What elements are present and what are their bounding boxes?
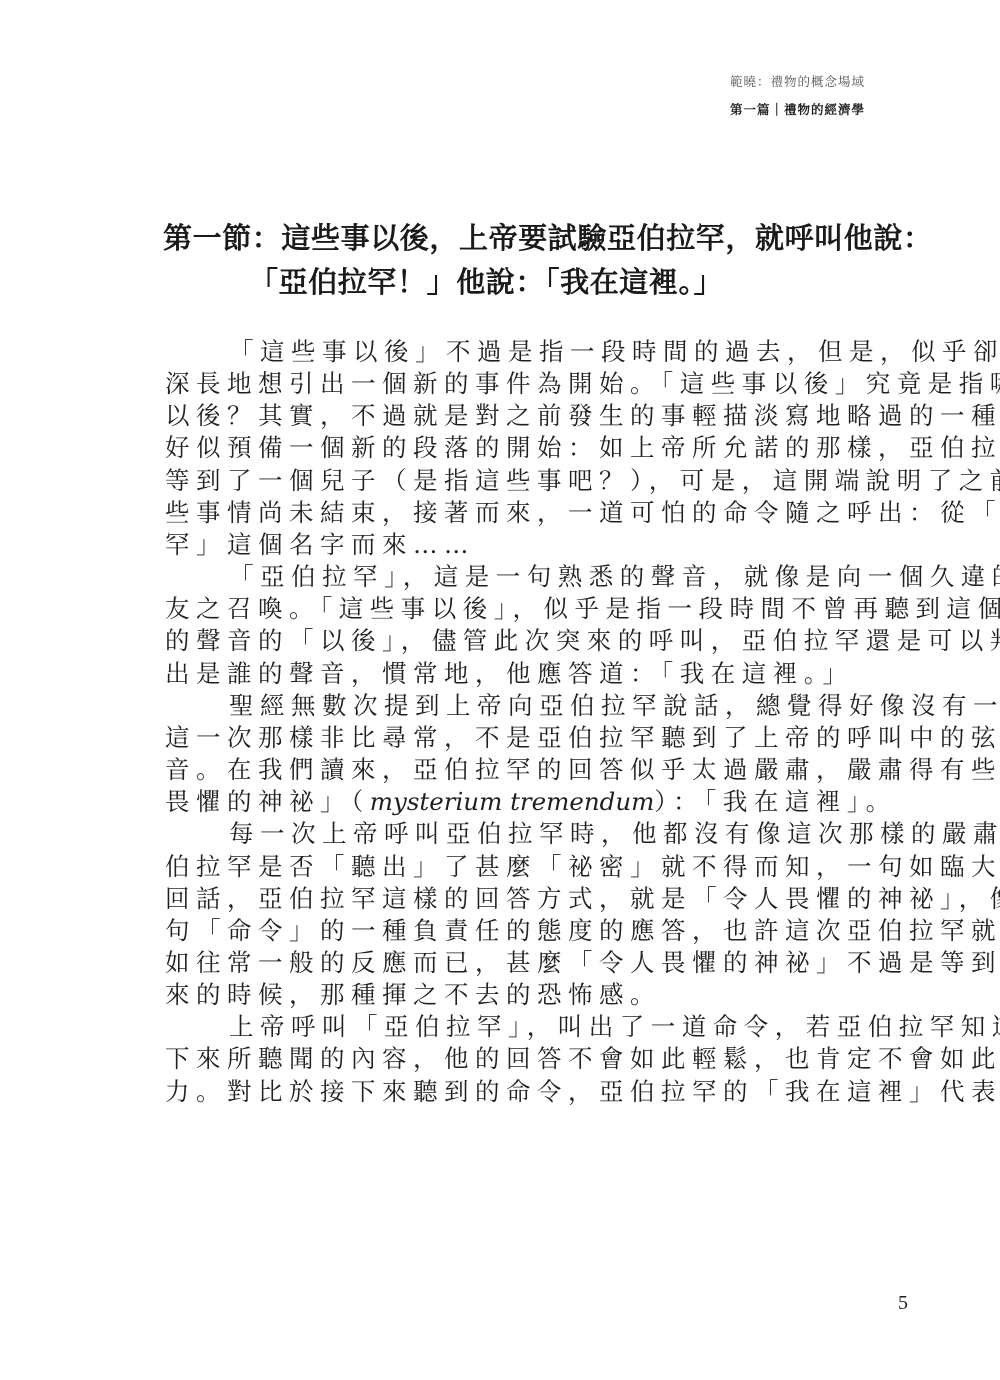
text-line: 聖經無數次提到上帝向亞伯拉罕說話，總覺得好像沒有一次像	[165, 690, 867, 722]
text-line: 上帝呼叫「亞伯拉罕」，叫出了一道命令，若亞伯拉罕知道接	[165, 1011, 867, 1043]
text-line: 「這些事以後」不過是指一段時間的過去，但是，似乎卻意味	[165, 336, 867, 368]
text-line: 等到了一個兒子（是指這些事吧？），可是，這開端說明了之前的那	[165, 465, 867, 497]
text-line: 「亞伯拉罕」，這是一句熟悉的聲音，就像是向一個久違的朋	[165, 561, 867, 593]
text-line: 伯拉罕是否「聽出」了甚麼「祕密」就不得而知，一句如臨大敵般的	[165, 851, 867, 883]
text-line: 這一次那樣非比尋常，不是亞伯拉罕聽到了上帝的呼叫中的弦外之	[165, 722, 867, 754]
text-line: 罕」這個名字而來……	[165, 529, 867, 561]
text-line: 畏懼的神祕」（mysterium tremendum）：「我在這裡」。	[165, 786, 867, 818]
text-line: 出是誰的聲音，慣常地，他應答道：「我在這裡。」	[165, 658, 867, 690]
text-line: 友之召喚。「這些事以後」，似乎是指一段時間不曾再聽到這個熟悉	[165, 593, 867, 625]
latin-term: mysterium tremendum	[370, 787, 655, 816]
book-title: 範曉：禮物的概念場域	[730, 72, 865, 94]
text-fragment: ）：「我在這裡」。	[654, 787, 896, 816]
text-line: 力。對比於接下來聽到的命令，亞伯拉罕的「我在這裡」代表了他的	[165, 1076, 867, 1108]
text-line: 深長地想引出一個新的事件為開始。「這些事以後」究竟是指哪些事	[165, 368, 867, 400]
paragraph-3: 聖經無數次提到上帝向亞伯拉罕說話，總覺得好像沒有一次像 這一次那樣非比尋常，不是…	[165, 690, 867, 819]
text-line: 每一次上帝呼叫亞伯拉罕時，他都沒有像這次那樣的嚴肅，亞	[165, 818, 867, 850]
section-heading-line-1: 第一節：這些事以後，上帝要試驗亞伯拉罕，就呼叫他說：	[163, 216, 875, 260]
text-line: 以後？其實，不過就是對之前發生的事輕描淡寫地略過的一種方式，	[165, 400, 867, 432]
paragraph-5: 上帝呼叫「亞伯拉罕」，叫出了一道命令，若亞伯拉罕知道接 下來所聽聞的內容，他的回…	[165, 1011, 867, 1107]
section-heading-line-2: 「亞伯拉罕！」他說：「我在這裡。」	[163, 260, 875, 304]
paragraph-1: 「這些事以後」不過是指一段時間的過去，但是，似乎卻意味 深長地想引出一個新的事件…	[165, 336, 867, 561]
text-line: 回話，亞伯拉罕這樣的回答方式，就是「令人畏懼的神祕」，像對一	[165, 883, 867, 915]
text-line: 好似預備一個新的段落的開始：如上帝所允諾的那樣，亞伯拉罕終於	[165, 432, 867, 464]
text-line: 句「命令」的一種負責任的態度的應答，也許這次亞伯拉罕就不過是	[165, 915, 867, 947]
text-line: 下來所聽聞的內容，他的回答不會如此輕鬆，也肯定不會如此簡潔有	[165, 1043, 867, 1075]
text-line: 的聲音的「以後」，儘管此次突來的呼叫，亞伯拉罕還是可以判斷得	[165, 625, 867, 657]
text-line: 些事情尚未結束，接著而來，一道可怕的命令隨之呼出：從「亞伯拉	[165, 497, 867, 529]
text-line: 音。在我們讀來，亞伯拉罕的回答似乎太過嚴肅，嚴肅得有些「令人	[165, 754, 867, 786]
section-heading: 第一節：這些事以後，上帝要試驗亞伯拉罕，就呼叫他說： 「亞伯拉罕！」他說：「我在…	[163, 216, 875, 304]
paragraph-2: 「亞伯拉罕」，這是一句熟悉的聲音，就像是向一個久違的朋 友之召喚。「這些事以後」…	[165, 561, 867, 690]
part-title: 第一篇｜禮物的經濟學	[730, 100, 865, 120]
page-number: 5	[898, 1292, 908, 1315]
paragraph-4: 每一次上帝呼叫亞伯拉罕時，他都沒有像這次那樣的嚴肅，亞 伯拉罕是否「聽出」了甚麼…	[165, 818, 867, 1011]
running-head: 範曉：禮物的概念場域 第一篇｜禮物的經濟學	[730, 72, 865, 120]
text-fragment: 畏懼的神祕」（	[165, 787, 370, 816]
text-line: 來的時候，那種揮之不去的恐怖感。	[165, 979, 867, 1011]
text-line: 如往常一般的反應而已，甚麼「令人畏懼的神祕」不過是等到回想起	[165, 947, 867, 979]
body-text: 「這些事以後」不過是指一段時間的過去，但是，似乎卻意味 深長地想引出一個新的事件…	[165, 336, 867, 1108]
